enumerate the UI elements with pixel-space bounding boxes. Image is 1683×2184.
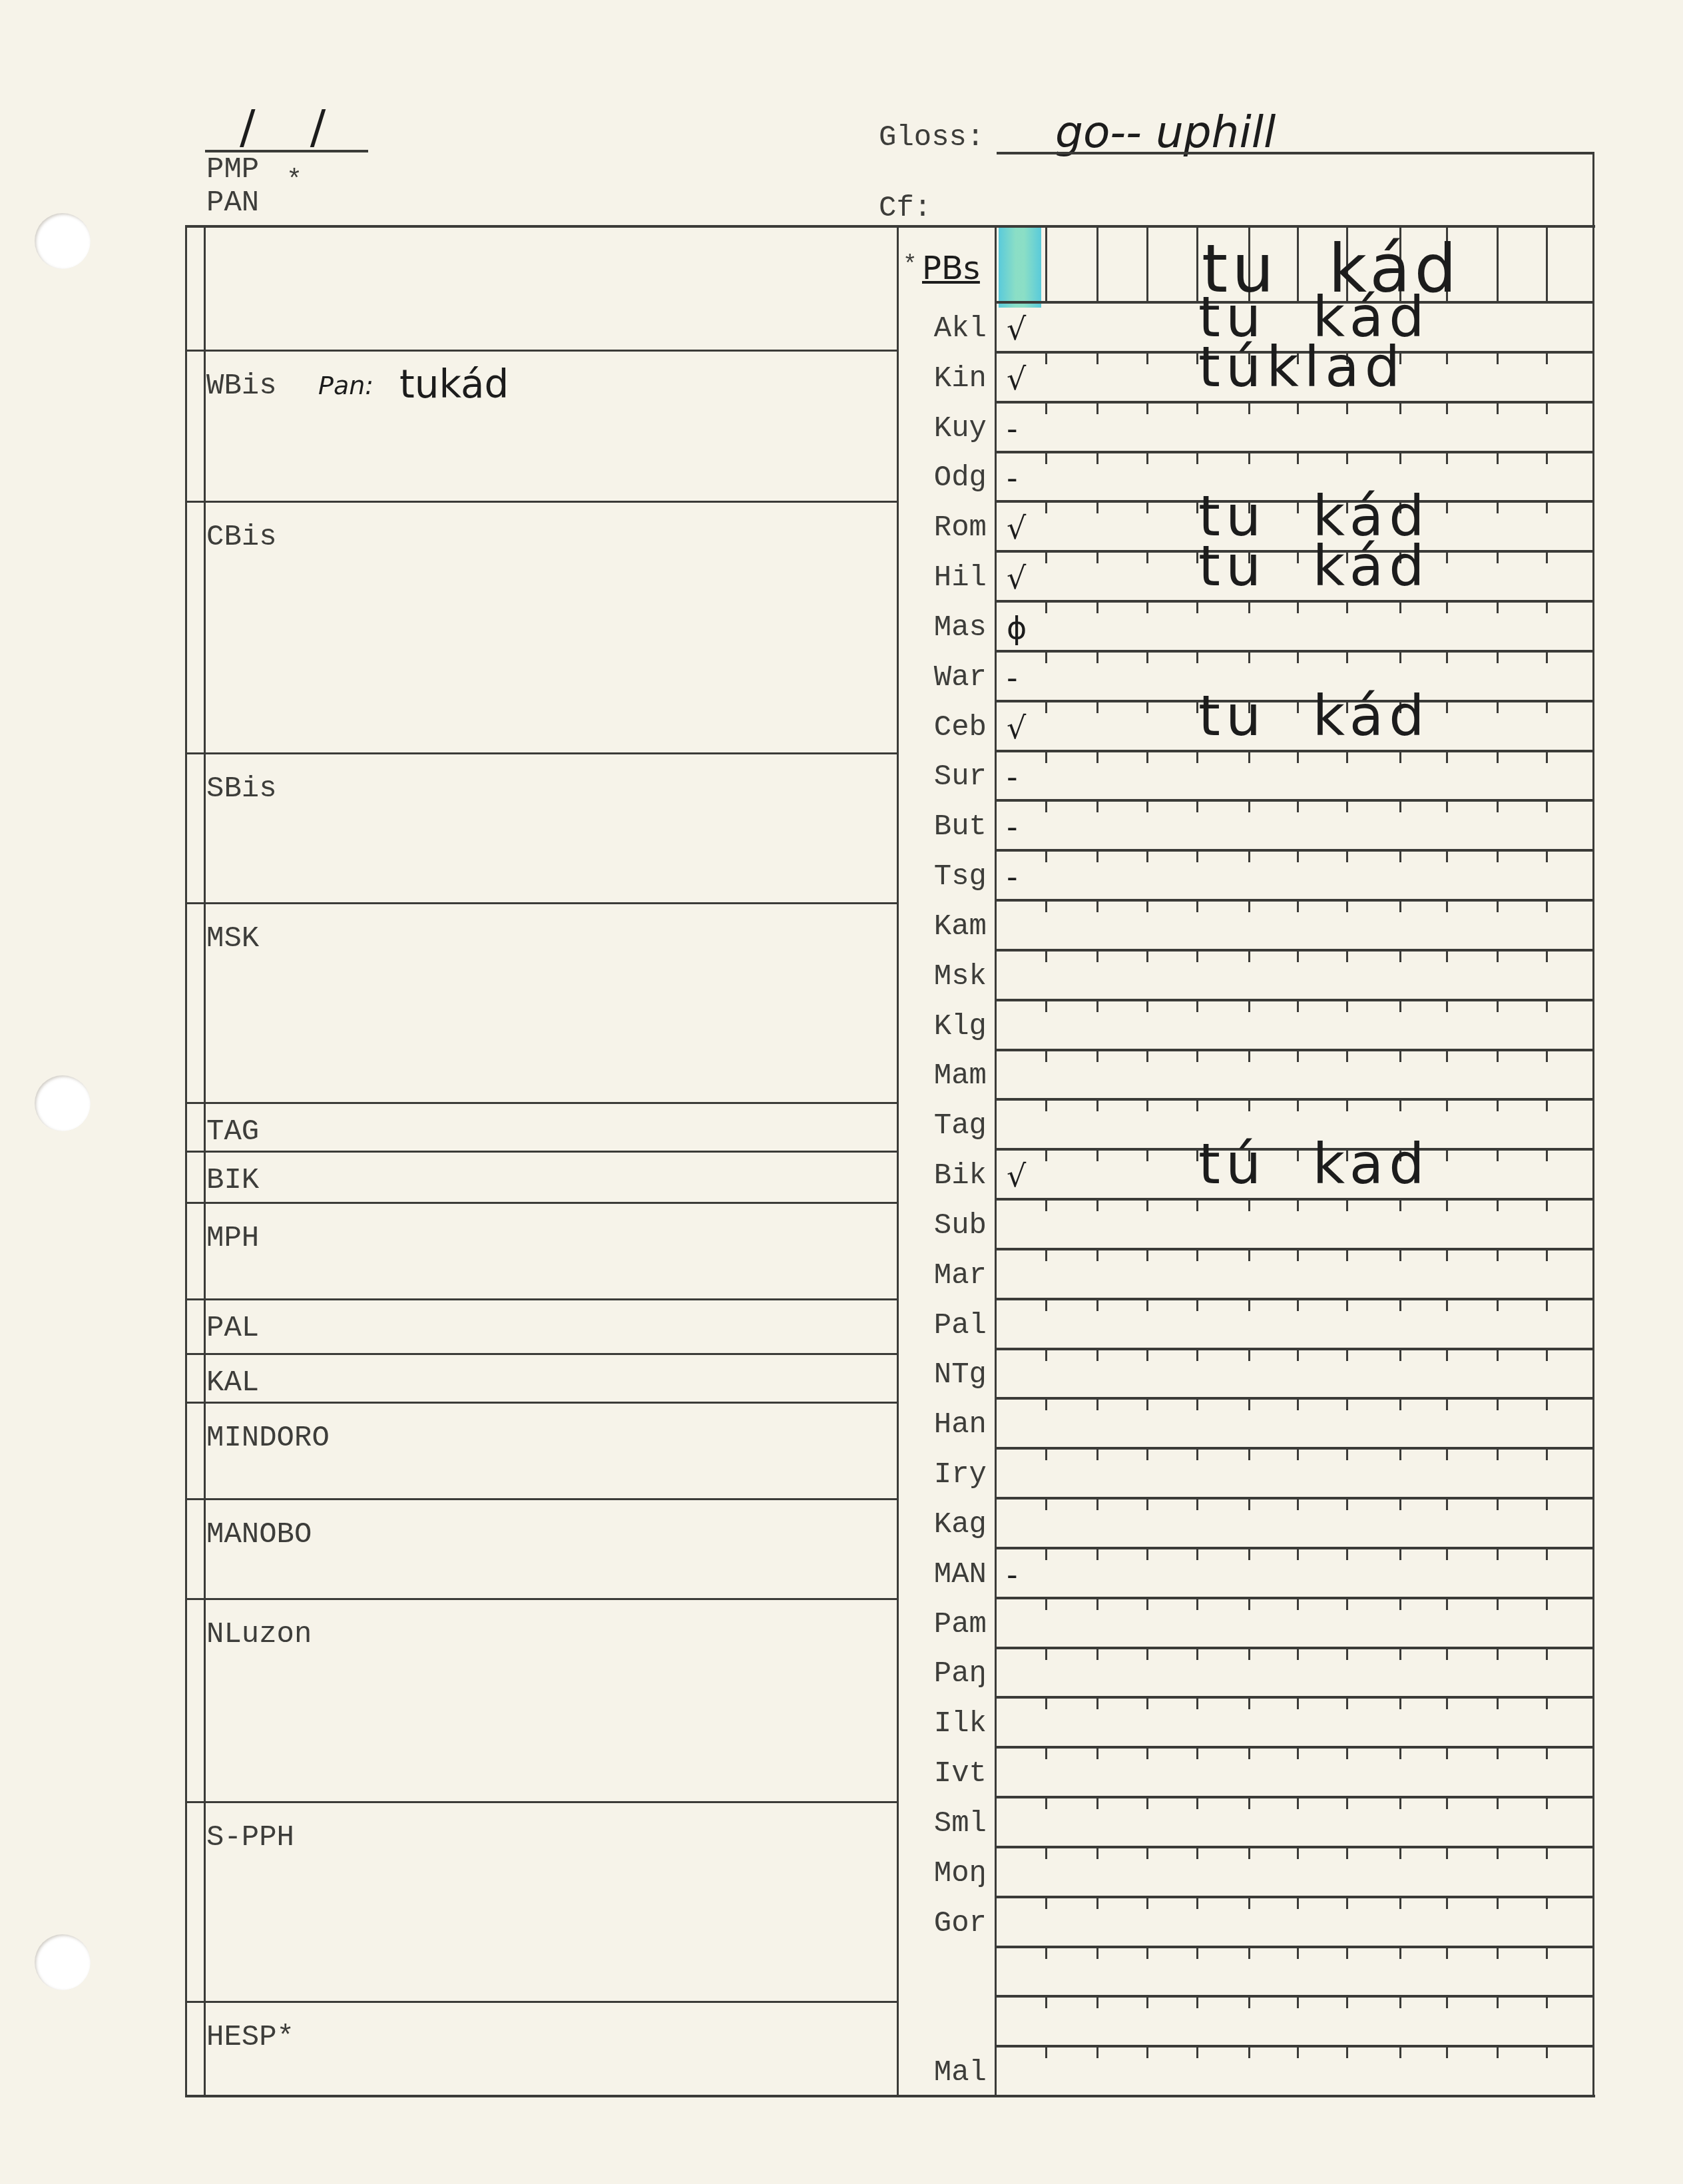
row-tick — [1497, 1050, 1499, 1062]
row-tick — [1196, 1697, 1198, 1709]
check-mark-icon: √ — [1007, 510, 1026, 546]
date-field[interactable]: / / — [240, 100, 346, 154]
row-tick — [1146, 900, 1148, 912]
row-tick — [1399, 751, 1401, 763]
row-tick — [1248, 1697, 1250, 1709]
row-tick — [1096, 1149, 1098, 1161]
row-tick — [1346, 1996, 1348, 2008]
row-tick — [1297, 751, 1299, 763]
row-tick — [1248, 651, 1250, 663]
left-box-divider — [185, 1298, 897, 1300]
row-tick — [1346, 1747, 1348, 1759]
row-tick — [1446, 1797, 1448, 1809]
left-group-label: NLuzon — [206, 1618, 312, 1651]
row-divider — [995, 1946, 1594, 1948]
row-tick — [1297, 1598, 1299, 1610]
row-tick — [1096, 1448, 1098, 1460]
language-code: Iry — [900, 1458, 987, 1492]
row-divider — [995, 1447, 1594, 1450]
row-tick — [1399, 1398, 1401, 1410]
row-tick — [1248, 1099, 1250, 1111]
row-tick — [1497, 1947, 1499, 1959]
row-tick — [1297, 1099, 1299, 1111]
language-code: Pam — [900, 1608, 987, 1641]
row-tick — [1546, 1299, 1548, 1311]
row-tick — [1146, 1996, 1148, 2008]
row-tick — [1546, 751, 1548, 763]
row-tick — [1346, 1897, 1348, 1909]
row-tick — [1497, 701, 1499, 713]
row-tick — [1497, 800, 1499, 812]
row-divider — [995, 1248, 1594, 1250]
row-tick — [1446, 2046, 1448, 2058]
row-tick — [1346, 1000, 1348, 1012]
row-tick — [1045, 551, 1047, 563]
row-tick — [1497, 1299, 1499, 1311]
row-tick — [1146, 950, 1148, 962]
row-tick — [1346, 1947, 1348, 1959]
row-tick — [1096, 1996, 1098, 2008]
left-group-label: S-PPH — [206, 1821, 294, 1854]
dash-mark-icon: - — [1007, 460, 1018, 496]
row-tick — [1196, 2046, 1198, 2058]
row-tick — [1497, 1448, 1499, 1460]
row-tick — [1546, 1947, 1548, 1959]
row-tick — [1346, 1448, 1348, 1460]
row-tick — [1497, 1099, 1499, 1111]
row-tick — [1096, 701, 1098, 713]
row-tick — [1045, 850, 1047, 862]
row-tick — [1497, 452, 1499, 464]
row-tick — [1096, 850, 1098, 862]
left-group-label: MPH — [206, 1222, 259, 1255]
dash-mark-icon: - — [1007, 411, 1018, 447]
row-tick — [1297, 452, 1299, 464]
row-tick — [1146, 1897, 1148, 1909]
row-tick — [1146, 1548, 1148, 1560]
row-tick — [1196, 1498, 1198, 1510]
row-tick — [1497, 352, 1499, 364]
row-tick — [1546, 950, 1548, 962]
row-tick — [1196, 1797, 1198, 1809]
row-tick — [1045, 1996, 1047, 2008]
row-divider — [995, 1896, 1594, 1898]
gloss-value[interactable]: go-- uphill — [1055, 107, 1276, 158]
row-tick — [1546, 2046, 1548, 2058]
row-tick — [1497, 1598, 1499, 1610]
row-tick — [1045, 601, 1047, 613]
row-tick — [1146, 452, 1148, 464]
row-tick — [1297, 1498, 1299, 1510]
row-tick — [1399, 800, 1401, 812]
row-tick — [1497, 1697, 1499, 1709]
row-tick — [1546, 651, 1548, 663]
row-tick — [1497, 402, 1499, 414]
row-tick — [1399, 900, 1401, 912]
check-mark-icon: √ — [1007, 361, 1026, 397]
row-tick — [1346, 1099, 1348, 1111]
dash-mark-icon: - — [1007, 759, 1018, 795]
language-form[interactable]: tu kád — [1198, 533, 1430, 599]
row-tick — [1399, 1897, 1401, 1909]
row-tick — [1497, 1199, 1499, 1211]
row-divider — [995, 949, 1594, 952]
left-box-divider — [185, 1498, 897, 1500]
row-tick — [1546, 850, 1548, 862]
row-tick — [1297, 850, 1299, 862]
row-tick — [1497, 551, 1499, 563]
cf-label: Cf: — [879, 192, 931, 225]
row-tick — [1248, 1050, 1250, 1062]
row-tick — [1399, 1648, 1401, 1660]
row-tick — [1196, 601, 1198, 613]
row-tick — [1399, 1847, 1401, 1859]
hole-punch-middle — [35, 1075, 91, 1131]
row-tick — [1297, 1398, 1299, 1410]
row-tick — [1546, 1847, 1548, 1859]
row-tick — [1346, 1199, 1348, 1211]
row-tick — [1196, 402, 1198, 414]
row-tick — [1297, 1747, 1299, 1759]
row-tick — [1346, 1349, 1348, 1361]
left-group-label: MSK — [206, 922, 259, 955]
row-tick — [1146, 1050, 1148, 1062]
row-tick — [1248, 1897, 1250, 1909]
row-tick — [1497, 1548, 1499, 1560]
row-tick — [1248, 1797, 1250, 1809]
language-code: Ilk — [900, 1707, 987, 1741]
row-tick — [1546, 1548, 1548, 1560]
row-tick — [1497, 751, 1499, 763]
row-tick — [1346, 651, 1348, 663]
row-tick — [1196, 651, 1198, 663]
row-tick — [1546, 1747, 1548, 1759]
row-tick — [1497, 2046, 1499, 2058]
row-tick — [1096, 352, 1098, 364]
row-tick — [1446, 950, 1448, 962]
row-tick — [1146, 701, 1148, 713]
left-box-divider — [185, 1402, 897, 1404]
row-tick — [1146, 601, 1148, 613]
row-tick — [1446, 1050, 1448, 1062]
row-tick — [1297, 800, 1299, 812]
row-tick — [1297, 1847, 1299, 1859]
row-tick — [1297, 1697, 1299, 1709]
row-tick — [1045, 501, 1047, 513]
row-tick — [1146, 551, 1148, 563]
row-tick — [1446, 900, 1448, 912]
row-tick — [1045, 1648, 1047, 1660]
left-box-divider — [185, 1353, 897, 1355]
language-code: Paŋ — [900, 1657, 987, 1691]
row-tick — [1196, 1747, 1198, 1759]
language-code: Han — [900, 1408, 987, 1442]
row-tick — [1196, 850, 1198, 862]
language-code: NTg — [900, 1358, 987, 1392]
row-tick — [1045, 1398, 1047, 1410]
dash-mark-icon: - — [1007, 1557, 1018, 1593]
left-box-divider — [185, 1151, 897, 1153]
left-box-divider — [185, 2001, 897, 2003]
row-tick — [1399, 402, 1401, 414]
row-tick — [1446, 1648, 1448, 1660]
row-tick — [1546, 352, 1548, 364]
row-tick — [1399, 2046, 1401, 2058]
row-tick — [1297, 1996, 1299, 2008]
row-tick — [1399, 1299, 1401, 1311]
row-tick — [1497, 1648, 1499, 1660]
language-code: MAN — [900, 1558, 987, 1591]
row-tick — [1096, 1099, 1098, 1111]
row-divider — [995, 1298, 1594, 1300]
row-tick — [1346, 2046, 1348, 2058]
pbs-column-divider — [1146, 226, 1148, 301]
row-tick — [1546, 1199, 1548, 1211]
row-tick — [1546, 1000, 1548, 1012]
row-tick — [1146, 1398, 1148, 1410]
row-tick — [1546, 1697, 1548, 1709]
row-tick — [1346, 1498, 1348, 1510]
row-tick — [1146, 1099, 1148, 1111]
row-tick — [1546, 1099, 1548, 1111]
language-code: Ivt — [900, 1757, 987, 1790]
row-tick — [1096, 751, 1098, 763]
row-tick — [1297, 1299, 1299, 1311]
row-tick — [1045, 1149, 1047, 1161]
row-tick — [1045, 751, 1047, 763]
row-divider — [995, 451, 1594, 453]
row-tick — [1248, 1548, 1250, 1560]
row-tick — [1399, 452, 1401, 464]
row-tick — [1248, 1847, 1250, 1859]
row-divider — [995, 1049, 1594, 1051]
row-tick — [1399, 1548, 1401, 1560]
row-tick — [1399, 1199, 1401, 1211]
row-tick — [1399, 1598, 1401, 1610]
row-tick — [1045, 1897, 1047, 1909]
left-box-divider — [185, 752, 897, 754]
row-tick — [1146, 651, 1148, 663]
left-box-divider — [185, 1102, 897, 1104]
language-code: But — [900, 810, 987, 844]
pan-label: PAN — [206, 186, 259, 220]
check-mark-icon: √ — [1007, 1158, 1026, 1194]
row-tick — [1146, 1199, 1148, 1211]
row-tick — [1146, 1498, 1148, 1510]
language-code: Mar — [900, 1259, 987, 1292]
row-tick — [1297, 1050, 1299, 1062]
row-tick — [1546, 1648, 1548, 1660]
row-tick — [1096, 1648, 1098, 1660]
row-tick — [1346, 900, 1348, 912]
row-tick — [1346, 1797, 1348, 1809]
language-code: Sub — [900, 1209, 987, 1242]
row-divider — [995, 2045, 1594, 2047]
row-tick — [1096, 1199, 1098, 1211]
row-tick — [1497, 1349, 1499, 1361]
row-divider — [995, 799, 1594, 802]
row-tick — [1196, 452, 1198, 464]
right-border-top — [1592, 152, 1594, 226]
row-tick — [1546, 900, 1548, 912]
row-tick — [1399, 1947, 1401, 1959]
row-tick — [1446, 1349, 1448, 1361]
row-tick — [1497, 601, 1499, 613]
row-tick — [1196, 950, 1198, 962]
row-tick — [1497, 1996, 1499, 2008]
row-tick — [1045, 1249, 1047, 1261]
row-tick — [1446, 1897, 1448, 1909]
row-tick — [1497, 1000, 1499, 1012]
row-tick — [1346, 1648, 1348, 1660]
row-tick — [1196, 800, 1198, 812]
row-tick — [1196, 1299, 1198, 1311]
row-tick — [1196, 1099, 1198, 1111]
left-group-label: CBis — [206, 521, 277, 554]
null-mark-icon: ϕ — [1007, 610, 1027, 646]
row-tick — [1346, 950, 1348, 962]
row-tick — [1045, 1099, 1047, 1111]
row-tick — [1546, 402, 1548, 414]
row-tick — [1546, 701, 1548, 713]
row-tick — [1045, 2046, 1047, 2058]
row-tick — [1446, 1149, 1448, 1161]
pbs-column-divider — [1546, 226, 1548, 301]
row-tick — [1546, 1050, 1548, 1062]
left-box-divider — [185, 1202, 897, 1204]
row-tick — [1146, 1947, 1148, 1959]
row-tick — [1346, 1249, 1348, 1261]
row-tick — [1446, 1398, 1448, 1410]
pmp-asterisk: * — [286, 166, 302, 196]
row-tick — [1297, 1249, 1299, 1261]
language-form[interactable]: tú kad — [1198, 1131, 1430, 1197]
language-code: Mas — [900, 611, 987, 645]
row-tick — [1146, 1249, 1148, 1261]
row-tick — [1497, 1398, 1499, 1410]
table-bottom-border — [185, 2095, 1595, 2097]
row-tick — [1146, 751, 1148, 763]
hole-punch-bottom — [35, 1934, 91, 1990]
row-tick — [1248, 1747, 1250, 1759]
row-tick — [1546, 1398, 1548, 1410]
row-tick — [1446, 501, 1448, 513]
row-tick — [1399, 1498, 1401, 1510]
row-tick — [1248, 850, 1250, 862]
row-tick — [1096, 402, 1098, 414]
row-tick — [1248, 1249, 1250, 1261]
row-tick — [1096, 1598, 1098, 1610]
language-code: Moŋ — [900, 1857, 987, 1890]
row-tick — [1546, 1498, 1548, 1510]
row-tick — [1399, 1099, 1401, 1111]
row-tick — [1045, 1299, 1047, 1311]
row-tick — [1045, 1847, 1047, 1859]
row-tick — [1297, 1797, 1299, 1809]
row-tick — [1248, 1000, 1250, 1012]
pbs-column-divider — [1497, 226, 1499, 301]
row-tick — [1196, 1648, 1198, 1660]
row-tick — [1196, 1947, 1198, 1959]
left-box-divider — [185, 902, 897, 904]
row-tick — [1196, 1548, 1198, 1560]
pbs-asterisk: * — [903, 252, 917, 279]
row-tick — [1096, 2046, 1098, 2058]
row-divider — [995, 899, 1594, 902]
row-tick — [1446, 1947, 1448, 1959]
row-tick — [1045, 651, 1047, 663]
row-tick — [1497, 1498, 1499, 1510]
row-tick — [1045, 1747, 1047, 1759]
row-tick — [1196, 1897, 1198, 1909]
row-tick — [1196, 900, 1198, 912]
table-left-border — [185, 225, 187, 2096]
row-tick — [1497, 850, 1499, 862]
row-divider — [995, 1397, 1594, 1400]
pbs-label: PBs — [922, 250, 980, 287]
row-tick — [1446, 1847, 1448, 1859]
row-tick — [1297, 2046, 1299, 2058]
left-group-label: MINDORO — [206, 1422, 330, 1455]
row-tick — [1248, 2046, 1250, 2058]
left-group-note[interactable]: tukád — [399, 362, 509, 407]
language-form[interactable]: túklad — [1198, 334, 1405, 400]
row-tick — [1497, 1797, 1499, 1809]
row-tick — [1248, 900, 1250, 912]
row-tick — [1546, 800, 1548, 812]
language-code: Kag — [900, 1508, 987, 1541]
row-divider — [995, 1995, 1594, 1998]
row-tick — [1248, 1349, 1250, 1361]
dash-mark-icon: - — [1007, 859, 1018, 895]
row-tick — [1297, 1349, 1299, 1361]
row-tick — [1399, 1697, 1401, 1709]
row-tick — [1399, 1797, 1401, 1809]
row-tick — [1096, 601, 1098, 613]
row-tick — [1045, 1050, 1047, 1062]
row-tick — [1096, 900, 1098, 912]
row-tick — [1446, 651, 1448, 663]
row-tick — [1346, 751, 1348, 763]
language-form[interactable]: tu kád — [1198, 683, 1430, 748]
row-tick — [1045, 950, 1047, 962]
row-tick — [1045, 1498, 1047, 1510]
row-tick — [1146, 800, 1148, 812]
row-tick — [1546, 1149, 1548, 1161]
row-divider — [995, 999, 1594, 1001]
row-tick — [1096, 1747, 1098, 1759]
row-tick — [1446, 1498, 1448, 1510]
row-tick — [1297, 950, 1299, 962]
language-code: Ceb — [900, 711, 987, 744]
row-tick — [1446, 1249, 1448, 1261]
row-tick — [1096, 501, 1098, 513]
row-tick — [1096, 1398, 1098, 1410]
middle-divider — [897, 225, 899, 2096]
pbs-column-divider — [1045, 226, 1047, 301]
row-divider — [995, 1348, 1594, 1350]
row-tick — [1399, 1249, 1401, 1261]
left-group-label: MANOBO — [206, 1518, 312, 1551]
row-tick — [1096, 1797, 1098, 1809]
row-tick — [1096, 651, 1098, 663]
row-tick — [1446, 850, 1448, 862]
row-tick — [1346, 850, 1348, 862]
row-tick — [1196, 1847, 1198, 1859]
language-code: Akl — [900, 312, 987, 346]
row-tick — [1045, 1548, 1047, 1560]
row-tick — [1346, 1398, 1348, 1410]
